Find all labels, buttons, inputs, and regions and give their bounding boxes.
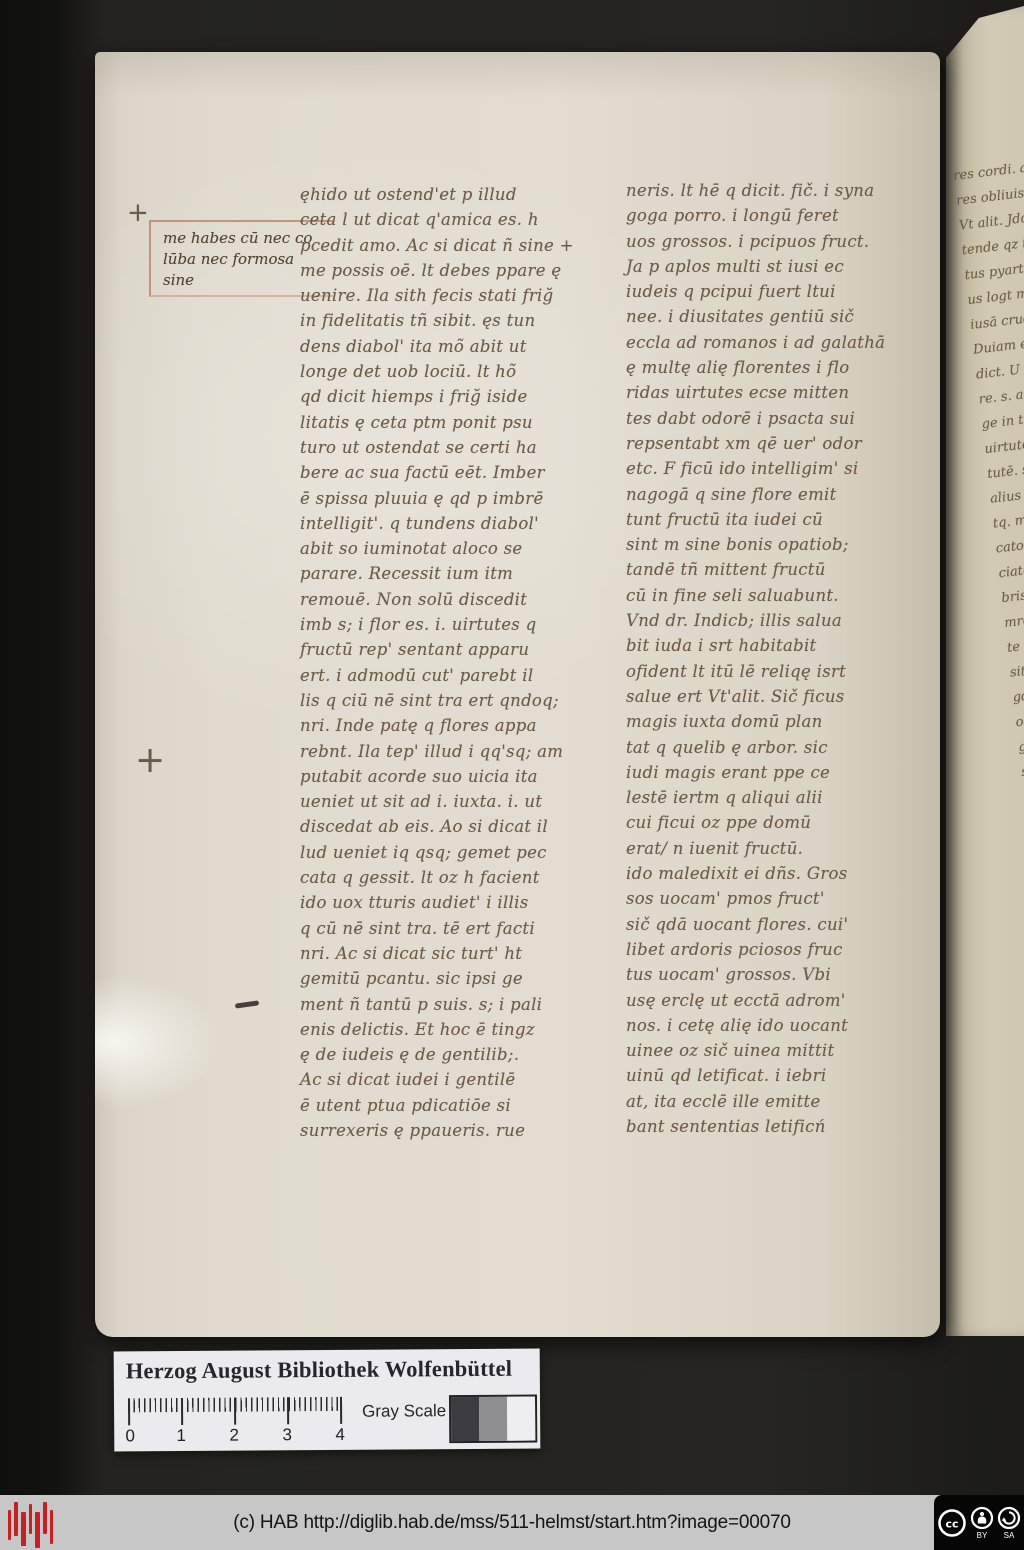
- manuscript-line: ęhido ut ostend'et p illud: [300, 182, 622, 207]
- creative-commons-badge: cc BY SA: [934, 1495, 1024, 1550]
- manuscript-line: lud ueniet iq qsq; gemet pec: [300, 840, 622, 865]
- ruler-cm-tick: [181, 1398, 183, 1425]
- margin-ink-mark: [235, 1000, 259, 1008]
- manuscript-line: putabit acorde suo uicia ita: [300, 764, 622, 789]
- ruler: 0 1 2 3 4: [128, 1397, 342, 1444]
- manuscript-line: tus uocam' grossos. Vbi: [626, 962, 940, 987]
- manuscript-line: ido maledixit ei dñs. Gros: [626, 861, 940, 886]
- manuscript-line: ert. i admodū cut' parebt il: [300, 663, 622, 688]
- facing-page-text-clip: res cordi. audres obliuisci cVt alit. Jd…: [952, 164, 1024, 1174]
- ruler-number: 4: [335, 1425, 345, 1445]
- margin-cross-mark: +: [127, 198, 149, 228]
- ruler-cm-tick: [287, 1397, 289, 1424]
- manuscript-line: tat q quelib ę arbor. sic: [626, 735, 940, 760]
- gray-scale-swatch-dark: [451, 1397, 479, 1441]
- manuscript-line: ę multę alię florentes i flo: [626, 355, 940, 380]
- manuscript-line: magis iuxta domū plan: [626, 709, 940, 734]
- manuscript-line: uinū qd letificat. i iebri: [626, 1063, 940, 1088]
- gray-scale-swatch-mid: [479, 1397, 507, 1441]
- manuscript-line: in fidelitatis tñ sibit. ęs tun: [300, 308, 622, 333]
- manuscript-line: sos uocam' pmos fruct': [626, 886, 940, 911]
- manuscript-line: parare. Recessit ium itm: [300, 561, 622, 586]
- footer-strip: (c) HAB http://diglib.hab.de/mss/511-hel…: [0, 1495, 1024, 1550]
- manuscript-line: nagogā q sine flore emit: [626, 482, 940, 507]
- manuscript-line: ę de iudeis ę de gentilib;.: [300, 1042, 622, 1067]
- library-name: Herzog August Bibliothek Wolfenbüttel: [126, 1356, 530, 1385]
- manuscript-line: iudi magis erant ppe ce: [626, 760, 940, 785]
- ruler-number: 1: [176, 1426, 186, 1446]
- cc-logo-icon: cc: [937, 1508, 967, 1538]
- manuscript-line: rebnt. Ila tep' illud i qq'sq; am: [300, 739, 622, 764]
- gray-scale-label: Gray Scale: [362, 1401, 446, 1422]
- manuscript-line: discedat ab eis. Ao si dicat il: [300, 814, 622, 839]
- facing-page-text: res cordi. audres obliuisci cVt alit. Jd…: [952, 164, 1024, 1108]
- manuscript-line: ment ñ tantū p suis. s; i pali: [300, 992, 622, 1017]
- manuscript-line: iudeis q pcipui fuert ltui: [626, 279, 940, 304]
- cc-by-label: BY: [977, 1531, 988, 1540]
- manuscript-line: usę erclę ut ecctā adrom': [626, 988, 940, 1013]
- manuscript-line: libet ardoris pciosos fruc: [626, 937, 940, 962]
- manuscript-line: nos. i cetę alię ido uocant: [626, 1013, 940, 1038]
- manuscript-line: tunt fructū ita iudei cū: [626, 507, 940, 532]
- manuscript-line: ē utent ptua pdicatiōe si: [300, 1093, 622, 1118]
- manuscript-line: tandē tñ mittent fructū: [626, 557, 940, 582]
- ruler-number: 3: [282, 1425, 292, 1445]
- manuscript-line: nee. i diusitates gentiū sič: [626, 304, 940, 329]
- ruler-cm-tick: [234, 1398, 236, 1425]
- manuscript-line: surrexeris ę ppaueris. rue: [300, 1118, 622, 1143]
- manuscript-line: qd dicit hiemps i friğ iside: [300, 384, 622, 409]
- manuscript-line: eccla ad romanos i ad galathā: [626, 330, 940, 355]
- ruler-numbers: 0 1 2 3 4: [128, 1425, 342, 1444]
- manuscript-line: Ja p aplos multi st iusi ec: [626, 254, 940, 279]
- manuscript-line: remouē. Non solū discedit: [300, 587, 622, 612]
- ruler-number: 2: [229, 1426, 239, 1446]
- manuscript-line: turo ut ostendat se certi ha: [300, 435, 622, 460]
- manuscript-line: cui ficui oz ppe domū: [626, 810, 940, 835]
- manuscript-line: cata q gessit. lt oz h facient: [300, 865, 622, 890]
- svg-text:cc: cc: [945, 1517, 958, 1530]
- manuscript-line: sič qdā uocant flores. cui': [626, 912, 940, 937]
- gray-scale-swatches: [449, 1395, 537, 1444]
- manuscript-line: nri. Inde patę q flores appa: [300, 713, 622, 738]
- manuscript-line: longe det uob lociū. lt hõ: [300, 359, 622, 384]
- manuscript-line: salue ert Vt'alit. Sič ficus: [626, 684, 940, 709]
- manuscript-line: fructū rep' sentant apparu: [300, 637, 622, 662]
- manuscript-line: ceta l ut dicat q'amica es. h: [300, 207, 622, 232]
- manuscript-line: repsentabt xm qē uer' odor: [626, 431, 940, 456]
- manuscript-line: lestē iertm q aliqui alii: [626, 785, 940, 810]
- manuscript-line: enis delictis. Et hoc ē tingz: [300, 1017, 622, 1042]
- manuscript-line: pcedit amo. Ac si dicat ñ sine +: [300, 233, 622, 258]
- manuscript-line: ido uox tturis audiet' i illis: [300, 890, 622, 915]
- copyright-text: (c) HAB http://diglib.hab.de/mss/511-hel…: [0, 1495, 1024, 1550]
- manuscript-line: intelligit'. q tundens diabol': [300, 511, 622, 536]
- ruler-number: 0: [125, 1426, 135, 1446]
- manuscript-line: cū in fine seli saluabunt.: [626, 583, 940, 608]
- library-label-card: Herzog August Bibliothek Wolfenbüttel 0 …: [114, 1349, 541, 1452]
- manuscript-line: litatis ę ceta ptm ponit psu: [300, 410, 622, 435]
- manuscript-line: me possis oē. lt debes ppare ę: [300, 258, 622, 283]
- manuscript-line: q cū nē sint tra. tē ert facti: [300, 916, 622, 941]
- manuscript-line: goga porro. i longū feret: [626, 203, 940, 228]
- manuscript-line: ofident lt itū lē reliqę isrt: [626, 659, 940, 684]
- facing-page-edge: res cordi. audres obliuisci cVt alit. Jd…: [946, 6, 1024, 1336]
- manuscript-line: uinee oz sič uinea mittit: [626, 1038, 940, 1063]
- manuscript-page: + me habes cū nec colūba nec formosasine…: [95, 52, 940, 1337]
- manuscript-line: erat/ n iuenit fructū.: [626, 836, 940, 861]
- manuscript-line: uenire. Ila sith fecis stati friğ: [300, 283, 622, 308]
- manuscript-line: ē spissa pluuia ę qd p imbrē: [300, 486, 622, 511]
- cc-sa-label: SA: [1004, 1531, 1015, 1540]
- text-column-left: ęhido ut ostend'et p illudceta l ut dica…: [300, 182, 622, 1143]
- manuscript-line: lis q ciū nē sint tra ert qndoq;: [300, 688, 622, 713]
- cc-by-icon: BY: [970, 1506, 994, 1540]
- text-column-right: neris. lt hē q dicit. fič. i synagoga po…: [626, 178, 940, 1139]
- manuscript-line: imb s; i flor es. i. uirtutes q: [300, 612, 622, 637]
- manuscript-line: dens diabol' ita mõ abit ut: [300, 334, 622, 359]
- manuscript-line: bit iuda i srt habitabit: [626, 633, 940, 658]
- manuscript-line: Ac si dicat iudei i gentilē: [300, 1067, 622, 1092]
- manuscript-line: ueniet ut sit ad i. iuxta. i. ut: [300, 789, 622, 814]
- margin-cross-mark: +: [135, 740, 165, 781]
- manuscript-line: bere ac sua factū eēt. Imber: [300, 460, 622, 485]
- ruler-cm-tick: [128, 1398, 130, 1425]
- manuscript-line: Vnd dr. Indicb; illis salua: [626, 608, 940, 633]
- manuscript-line: gemitū pcantu. sic ipsi ge: [300, 966, 622, 991]
- manuscript-line: uos grossos. i pcipuos fruct.: [626, 229, 940, 254]
- manuscript-line: ridas uirtutes ecse mitten: [626, 380, 940, 405]
- manuscript-line: neris. lt hē q dicit. fič. i syna: [626, 178, 940, 203]
- manuscript-line: abit so iuminotat aloco se: [300, 536, 622, 561]
- manuscript-line: tes dabt odorē i psacta sui: [626, 406, 940, 431]
- manuscript-line: etc. F ficū ido intelligim' si: [626, 456, 940, 481]
- manuscript-line: sint m sine bonis opatiob;: [626, 532, 940, 557]
- manuscript-line: bant sententias letificń: [626, 1114, 940, 1139]
- cc-sa-icon: SA: [997, 1506, 1021, 1540]
- gray-scale-swatch-light: [507, 1397, 535, 1441]
- manuscript-line: nri. Ac si dicat sic turt' ht: [300, 941, 622, 966]
- manuscript-line: at, ita ecclē ille emitte: [626, 1089, 940, 1114]
- ruler-cm-tick: [340, 1397, 342, 1424]
